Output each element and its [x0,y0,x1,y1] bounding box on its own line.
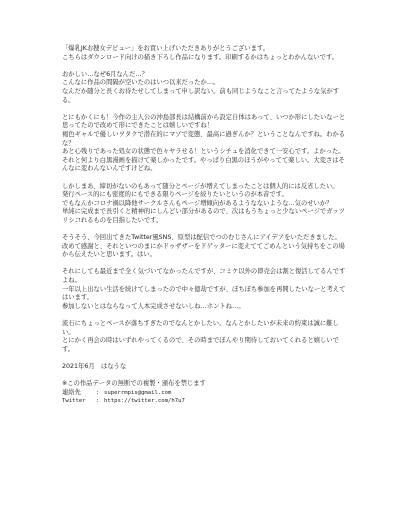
footer: ※この作品データの無断での複製・頒布を禁じます 連絡先 : superrmpis… [62,380,348,406]
paragraph-pages: しかしまあ、締切がないのもあって随分とページが増えてしまったことは個人的には反省… [62,183,348,226]
text-line: でもなんかコロナ禍以降他サークルさんもページ増傾向があるようなないような…気のせ… [62,200,348,209]
text-line: こんなに作品の間隔が空いたのはいつ以来だったか…。 [62,79,348,88]
text-line: 参加しないとはならなって人本完成させないしね…ホントね…。 [62,303,348,312]
text-line: それと何より白黒漫画を描けて楽しかったです。やっぱり白黒のほうがやってて楽しい。… [62,157,348,174]
text-line: 「爆乳JKお捜女デビュー」をお買い上げいただきありがとうございます。 [62,45,348,54]
contact-email: superrmpis@gmail.com [104,389,171,398]
paragraph-closing: 流石にちょっとペースが落ちすぎたのでなんとかしたい。なんとかしたいが未来の約束は… [62,320,348,354]
separator: : [96,389,104,398]
text-line: 一年以上出ない生活を続けてしまったので中々億劫ですが、ぼちぼち参加を再開したいな… [62,286,348,303]
copyright-notice: ※この作品データの無断での複製・頒布を禁じます [62,380,348,389]
contact-row: 連絡先 : superrmpis@gmail.com [62,389,348,398]
paragraph-delay: おかしい…なぜ6月なんだ…？ こんなに作品の間隔が空いたのはいつ以来だったか…。… [62,71,348,105]
text-line: 改めて感謝と、それといつのまにかドゥザザーをドゲッターに変えててごめんという気持… [62,243,348,260]
text-line: こちらはダウンロード向けの描き下ろし作品になります。印刷するかはちょっとわかんな… [62,54,348,63]
text-line: 流石にちょっとペースが落ちすぎたのでなんとかしたい。なんとかしたいが未来の約束は… [62,320,348,337]
text-line: そうそう、今回出てきたTwitter風SNS、原型は配信でつのむじさんにアイデア… [62,234,348,243]
text-line: それにしても最近まで全く気づいてなかったんですが、コミケ以外の即売会は割と復活し… [62,268,348,285]
afterword-document: 「爆乳JKお捜女デビュー」をお買い上げいただきありがとうございます。 こちらはダ… [62,45,348,406]
twitter-label: Twitter [62,397,96,406]
paragraph-thanks: 「爆乳JKお捜女デビュー」をお買い上げいただきありがとうございます。 こちらはダ… [62,45,348,62]
text-line: あと心残りであった処女の状態で色々ヤラせる！というシチュを消化できて一安心です。… [62,148,348,157]
separator: : [96,397,104,406]
text-line: なんだか随分と長くお待たせしてしまって申し訳ない。前も同じようなこと言ってたよう… [62,88,348,105]
signature: 2021年6月 はなうな [62,363,348,372]
contact-label: 連絡先 [62,389,96,398]
twitter-url: https://twitter.com/h7u7 [104,397,185,406]
text-line: 褐色ギャルで優しいヲタクで潜在的にマゾで変態、最高に過ぎんか？ということなんです… [62,131,348,148]
paragraph-character: とにもかくにも！今作の主人公の沖島部長は結構前から設定自体はあって、いつか形にし… [62,114,348,174]
text-line: 単純に完成まで長引くと精神的にしんどい部分があるので、次はもうちょっと少ないペー… [62,208,348,225]
text-line: しかしまあ、締切がないのもあって随分とページが増えてしまったことは個人的には反省… [62,183,348,192]
paragraph-events: それにしても最近まで全く気づいてなかったんですが、コミケ以外の即売会は割と復活し… [62,268,348,311]
text-line: とにかく再会の時はいずれやってくるので、その時までぼんやり期待しておいてくれると… [62,337,348,354]
paragraph-sns: そうそう、今回出てきたTwitter風SNS、原型は配信でつのむじさんにアイデア… [62,234,348,260]
text-line: 発行ペース的にも密度的にもできる限りページを絞りたいというのが本音です。 [62,191,348,200]
text-line: とにもかくにも！今作の主人公の沖島部長は結構前から設定自体はあって、いつか形にし… [62,114,348,131]
twitter-row: Twitter : https://twitter.com/h7u7 [62,397,348,406]
